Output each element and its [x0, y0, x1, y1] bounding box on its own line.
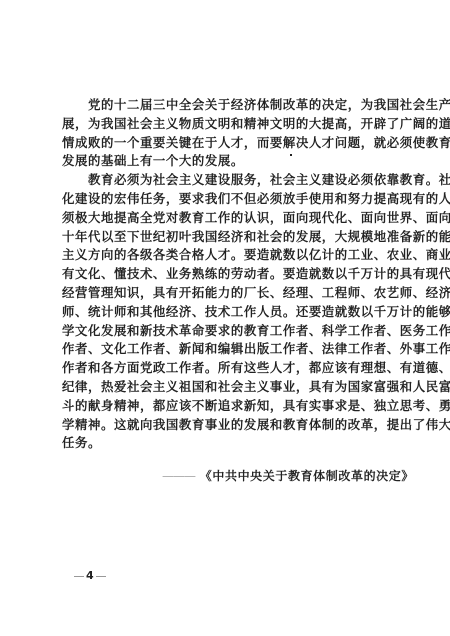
text-line: 有文化、懂技术、业务熟练的劳动者。要造就数以千万计的具有现代科学技术和 — [62, 265, 374, 284]
document-page: 党的十二届三中全会关于经济体制改革的决定，为我国社会生产力的大发 展，为我国社会… — [0, 0, 450, 636]
text-line: 学文化发展和新技术革命要求的教育工作者、科学工作者、医务工作者、理论工 — [62, 322, 374, 341]
text-line: 须极大地提高全党对教育工作的认识，面向现代化、面向世界、面向未来，为九 — [62, 209, 374, 228]
text-line: 作者和各方面党政工作者。所有这些人才，都应该有理想、有道德、有文化、有 — [62, 359, 374, 378]
page-rule-right — [96, 576, 106, 577]
text-line: 展，为我国社会主义物质文明和精神文明的大提高，开辟了广阔的道路。今后事 — [62, 115, 374, 134]
text-line: 党的十二届三中全会关于经济体制改革的决定，为我国社会生产力的大发 — [62, 96, 374, 115]
text-line: 主义方向的各级各类合格人才。要造就数以亿计的工业、农业、商业等各行各业 — [62, 246, 374, 265]
text-line: 教育必须为社会主义建设服务，社会主义建设必须依靠教育。社会主义现代 — [62, 171, 374, 190]
page-number: 4 — [72, 569, 108, 582]
text-line: 情成败的一个重要关键在于人才，而要解决人才问题，就必须使教育事业在经济 — [62, 134, 374, 153]
scan-speck — [290, 154, 292, 156]
citation-title: 《中共中央关于教育体制改革的决定》 — [200, 469, 414, 483]
citation-dash: ——— — [162, 469, 195, 483]
text-line: 斗的献身精神，都应该不断追求新知，具有实事求是、独立思考、勇于创造的科 — [62, 397, 374, 416]
text-line: 发展的基础上有一个大的发展。 — [62, 152, 374, 171]
body-text: 党的十二届三中全会关于经济体制改革的决定，为我国社会生产力的大发 展，为我国社会… — [62, 96, 374, 453]
text-line: 十年代以至下世纪初叶我国经济和社会的发展，大规模地准备新的能够坚持社会 — [62, 228, 374, 247]
page-number-value: 4 — [86, 569, 94, 582]
text-line: 学精神。这就向我国教育事业的发展和教育体制的改革，提出了伟大而又艰巨的 — [62, 416, 374, 435]
text-line: 化建设的宏伟任务，要求我们不但必须放手使用和努力提高现有的人才，而且必 — [62, 190, 374, 209]
source-citation: ——— 《中共中央关于教育体制改革的决定》 — [162, 467, 414, 484]
text-line: 经营管理知识，具有开拓能力的厂长、经理、工程师、农艺师、经济师、会计 — [62, 284, 374, 303]
page-rule-left — [74, 576, 84, 577]
text-line: 任务。 — [62, 434, 374, 453]
text-line: 作者、文化工作者、新闻和编辑出版工作者、法律工作者、外事工作者、军事工 — [62, 340, 374, 359]
text-line: 师、统计师和其他经济、技术工作人员。还要造就数以千万计的能够适应现代科 — [62, 303, 374, 322]
text-line: 纪律，热爱社会主义祖国和社会主义事业，具有为国家富强和人民富裕而艰苦奋 — [62, 378, 374, 397]
